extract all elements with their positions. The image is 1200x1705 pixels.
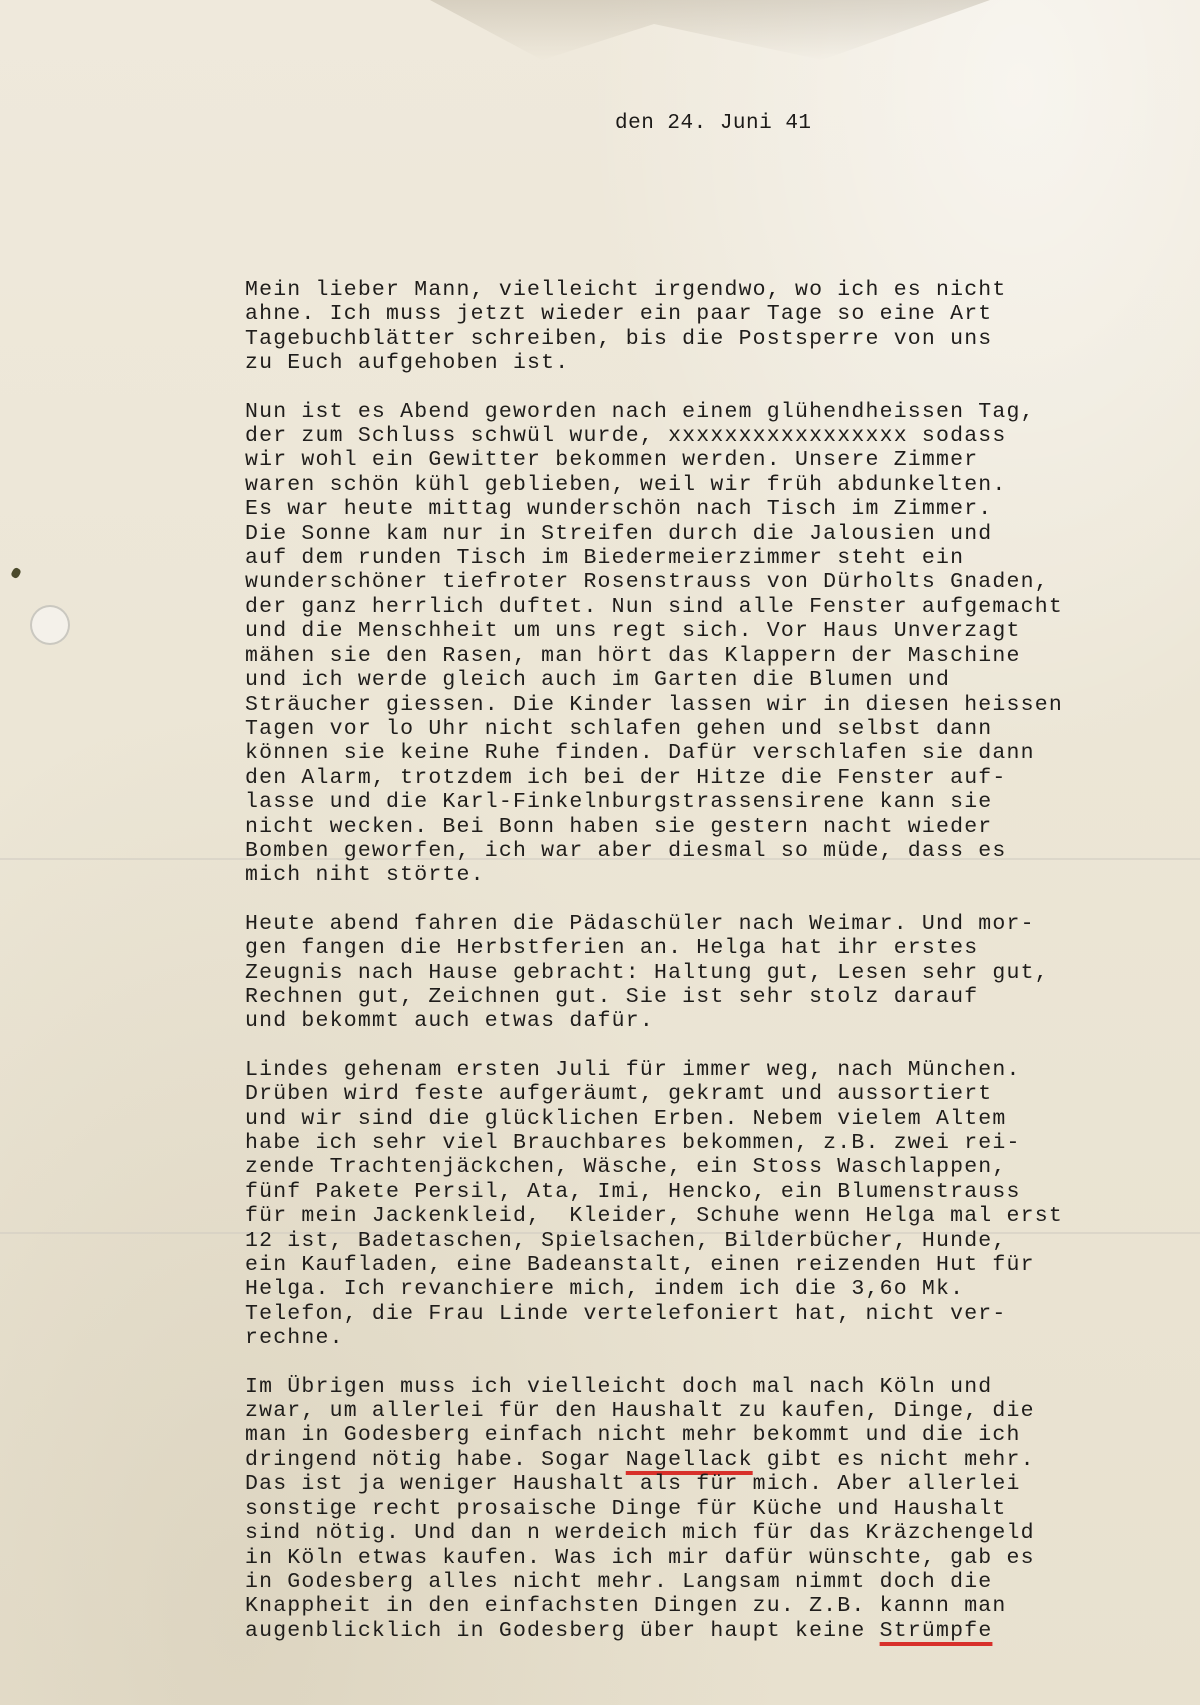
paper-speck	[10, 567, 22, 580]
text-line: fünf Pakete Persil, Ata, Imi, Hencko, ei…	[245, 1180, 1125, 1204]
text-line: Tagebuchblätter schreiben, bis die Posts…	[245, 327, 1125, 351]
text-line: Sträucher giessen. Die Kinder lassen wir…	[245, 693, 1125, 717]
text-line: können sie keine Ruhe finden. Dafür vers…	[245, 741, 1125, 765]
text-line: Zeugnis nach Hause gebracht: Haltung gut…	[245, 961, 1125, 985]
paragraph: Lindes gehenam ersten Juli für immer weg…	[245, 1058, 1125, 1351]
text-line: und ich werde gleich auch im Garten die …	[245, 668, 1125, 692]
text-line: Das ist ja weniger Haushalt als für mich…	[245, 1472, 1125, 1496]
letter-page: den 24. Juni 41 Mein lieber Mann, vielle…	[0, 0, 1200, 1705]
text-line: Nun ist es Abend geworden nach einem glü…	[245, 400, 1125, 424]
text-line: wunderschöner tiefroter Rosenstrauss von…	[245, 570, 1125, 594]
paragraph: Mein lieber Mann, vielleicht irgendwo, w…	[245, 278, 1125, 376]
text-line: den Alarm, trotzdem ich bei der Hitze di…	[245, 766, 1125, 790]
letter-body: Mein lieber Mann, vielleicht irgendwo, w…	[245, 278, 1125, 1667]
text-line: der zum Schluss schwül wurde, xxxxxxxxxx…	[245, 424, 1125, 448]
text-line: und die Menschheit um uns regt sich. Vor…	[245, 619, 1125, 643]
paper-fold	[430, 0, 990, 60]
text-line: nicht wecken. Bei Bonn haben sie gestern…	[245, 815, 1125, 839]
red-underlined-word: Strümpfe	[880, 1619, 993, 1643]
text-line: auf dem runden Tisch im Biedermeierzimme…	[245, 546, 1125, 570]
text-line: Heute abend fahren die Pädaschüler nach …	[245, 912, 1125, 936]
text-line: in Godesberg alles nicht mehr. Langsam n…	[245, 1570, 1125, 1594]
text-line: Drüben wird feste aufgeräumt, gekramt un…	[245, 1082, 1125, 1106]
text-line: augenblicklich in Godesberg über haupt k…	[245, 1619, 1125, 1643]
text-line: ahne. Ich muss jetzt wieder ein paar Tag…	[245, 302, 1125, 326]
text-line: habe ich sehr viel Brauchbares bekommen,…	[245, 1131, 1125, 1155]
text-line: sonstige recht prosaische Dinge für Küch…	[245, 1497, 1125, 1521]
text-line: ein Kaufladen, eine Badeanstalt, einen r…	[245, 1253, 1125, 1277]
paragraph: Heute abend fahren die Pädaschüler nach …	[245, 912, 1125, 1034]
text-line: mähen sie den Rasen, man hört das Klappe…	[245, 644, 1125, 668]
text-line: Knappheit in den einfachsten Dingen zu. …	[245, 1594, 1125, 1618]
text-line: Tagen vor lo Uhr nicht schlafen gehen un…	[245, 717, 1125, 741]
text-line: Bomben geworfen, ich war aber diesmal so…	[245, 839, 1125, 863]
text-line: und bekommt auch etwas dafür.	[245, 1009, 1125, 1033]
text-line: Lindes gehenam ersten Juli für immer weg…	[245, 1058, 1125, 1082]
text-line: lasse und die Karl-Finkelnburgstrassensi…	[245, 790, 1125, 814]
text-line: in Köln etwas kaufen. Was ich mir dafür …	[245, 1546, 1125, 1570]
text-line: Im Übrigen muss ich vielleicht doch mal …	[245, 1375, 1125, 1399]
text-line: für mein Jackenkleid, Kleider, Schuhe we…	[245, 1204, 1125, 1228]
text-line: der ganz herrlich duftet. Nun sind alle …	[245, 595, 1125, 619]
text-line: zwar, um allerlei für den Haushalt zu ka…	[245, 1399, 1125, 1423]
text-line: wir wohl ein Gewitter bekommen werden. U…	[245, 448, 1125, 472]
text-line: Mein lieber Mann, vielleicht irgendwo, w…	[245, 278, 1125, 302]
text-line: gen fangen die Herbstferien an. Helga ha…	[245, 936, 1125, 960]
text-line: mich niht störte.	[245, 863, 1125, 887]
text-line: Rechnen gut, Zeichnen gut. Sie ist sehr …	[245, 985, 1125, 1009]
text-line: waren schön kühl geblieben, weil wir frü…	[245, 473, 1125, 497]
red-underlined-word: Nagellack	[626, 1448, 753, 1472]
text-line: zende Trachtenjäckchen, Wäsche, ein Stos…	[245, 1155, 1125, 1179]
text-line: und wir sind die glücklichen Erben. Nebe…	[245, 1107, 1125, 1131]
paragraph: Im Übrigen muss ich vielleicht doch mal …	[245, 1375, 1125, 1643]
letter-date: den 24. Juni 41	[615, 112, 812, 135]
text-line: sind nötig. Und dan n werdeich mich für …	[245, 1521, 1125, 1545]
text-line: Es war heute mittag wunderschön nach Tis…	[245, 497, 1125, 521]
text-line: man in Godesberg einfach nicht mehr beko…	[245, 1423, 1125, 1447]
text-line: rechne.	[245, 1326, 1125, 1350]
text-line: dringend nötig habe. Sogar Nagellack gib…	[245, 1448, 1125, 1472]
text-line: 12 ist, Badetaschen, Spielsachen, Bilder…	[245, 1229, 1125, 1253]
paragraph: Nun ist es Abend geworden nach einem glü…	[245, 400, 1125, 888]
text-line: Die Sonne kam nur in Streifen durch die …	[245, 522, 1125, 546]
text-line: Helga. Ich revanchiere mich, indem ich d…	[245, 1277, 1125, 1301]
text-line: Telefon, die Frau Linde vertelefoniert h…	[245, 1302, 1125, 1326]
text-line: zu Euch aufgehoben ist.	[245, 351, 1125, 375]
punch-hole	[30, 605, 70, 645]
